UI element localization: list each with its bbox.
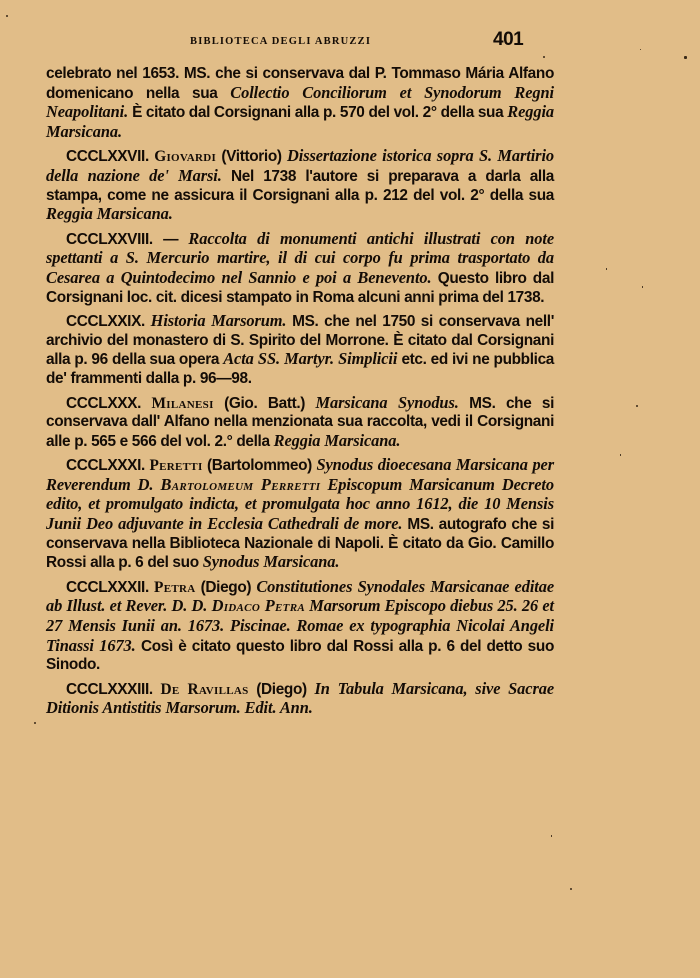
page-number: 401 bbox=[493, 29, 523, 51]
author-name: Peretti bbox=[149, 457, 202, 474]
entry-ccclxxviii: CCCLXXVIII. — Raccolta di monumenti anti… bbox=[46, 230, 554, 307]
entry-text: (Diego) bbox=[249, 681, 315, 698]
scan-speck bbox=[642, 286, 643, 288]
title-text: Acta SS. Martyr. Simplicii bbox=[223, 349, 397, 368]
author-name: Giovardi bbox=[154, 148, 216, 165]
scan-speck bbox=[640, 49, 641, 50]
entry-number: CCCLXXVIII. — bbox=[66, 231, 188, 248]
entry-number: CCCLXXXIII. bbox=[66, 681, 161, 698]
entry-ccclxxvii: CCCLXXVII. Giovardi (Vittorio) Dissertaz… bbox=[46, 147, 554, 224]
entry-number: CCCLXXXI. bbox=[66, 457, 149, 474]
entry-number: CCCLXXVII. bbox=[66, 148, 154, 165]
scan-speck bbox=[543, 56, 545, 58]
author-name: Milanesi bbox=[151, 395, 213, 412]
scan-speck bbox=[34, 722, 36, 724]
author-name: Petra bbox=[154, 579, 195, 596]
title-text: Didaco Petra bbox=[212, 596, 305, 615]
book-page: BIBLIOTECA DEGLI ABRUZZI 401 celebrato n… bbox=[0, 0, 700, 978]
entry-number: CCCLXXIX. bbox=[66, 313, 151, 330]
entry-ccclxxix: CCCLXXIX. Historia Marsorum. MS. che nel… bbox=[46, 312, 554, 388]
scan-speck bbox=[684, 56, 687, 59]
title-text: Reggia Marsicana. bbox=[46, 204, 173, 223]
running-head: BIBLIOTECA DEGLI ABRUZZI bbox=[190, 36, 371, 47]
entry-ccclxxxi: CCCLXXXI. Peretti (Bartolommeo) Synodus … bbox=[46, 456, 554, 573]
entry-text: È citato dal Corsignani alla p. 570 del … bbox=[128, 104, 507, 121]
entry-text: (Bartolommeo) bbox=[203, 457, 317, 474]
author-name: De Ravillas bbox=[161, 681, 249, 698]
title-text: Reggia Marsicana. bbox=[274, 431, 401, 450]
scan-speck bbox=[6, 15, 8, 17]
entry-text: (Vittorio) bbox=[216, 148, 287, 165]
title-text: Bartolomeum Perretti bbox=[161, 475, 321, 494]
entry-ccclxxxiii: CCCLXXXIII. De Ravillas (Diego) In Tabul… bbox=[46, 680, 554, 719]
scan-speck bbox=[620, 454, 621, 456]
entry-continuation: celebrato nel 1653. MS. che si conservav… bbox=[46, 65, 554, 142]
entry-text: (Gio. Batt.) bbox=[214, 395, 316, 412]
title-text: Synodus Marsicana. bbox=[203, 552, 340, 571]
scan-speck bbox=[551, 835, 552, 837]
entry-ccclxxxii: CCCLXXXII. Petra (Diego) Constitutiones … bbox=[46, 578, 554, 675]
entry-number: CCCLXXXII. bbox=[66, 579, 154, 596]
scan-speck bbox=[636, 405, 638, 407]
scan-speck bbox=[606, 268, 607, 270]
title-text: Historia Marsorum. bbox=[151, 311, 287, 330]
body-text: celebrato nel 1653. MS. che si conservav… bbox=[46, 65, 554, 724]
entry-ccclxxx: CCCLXXX. Milanesi (Gio. Batt.) Marsicana… bbox=[46, 394, 554, 452]
entry-number: CCCLXXX. bbox=[66, 395, 151, 412]
title-text: Marsicana Synodus. bbox=[316, 393, 459, 412]
scan-speck bbox=[570, 888, 572, 890]
entry-text: (Diego) bbox=[195, 579, 256, 596]
